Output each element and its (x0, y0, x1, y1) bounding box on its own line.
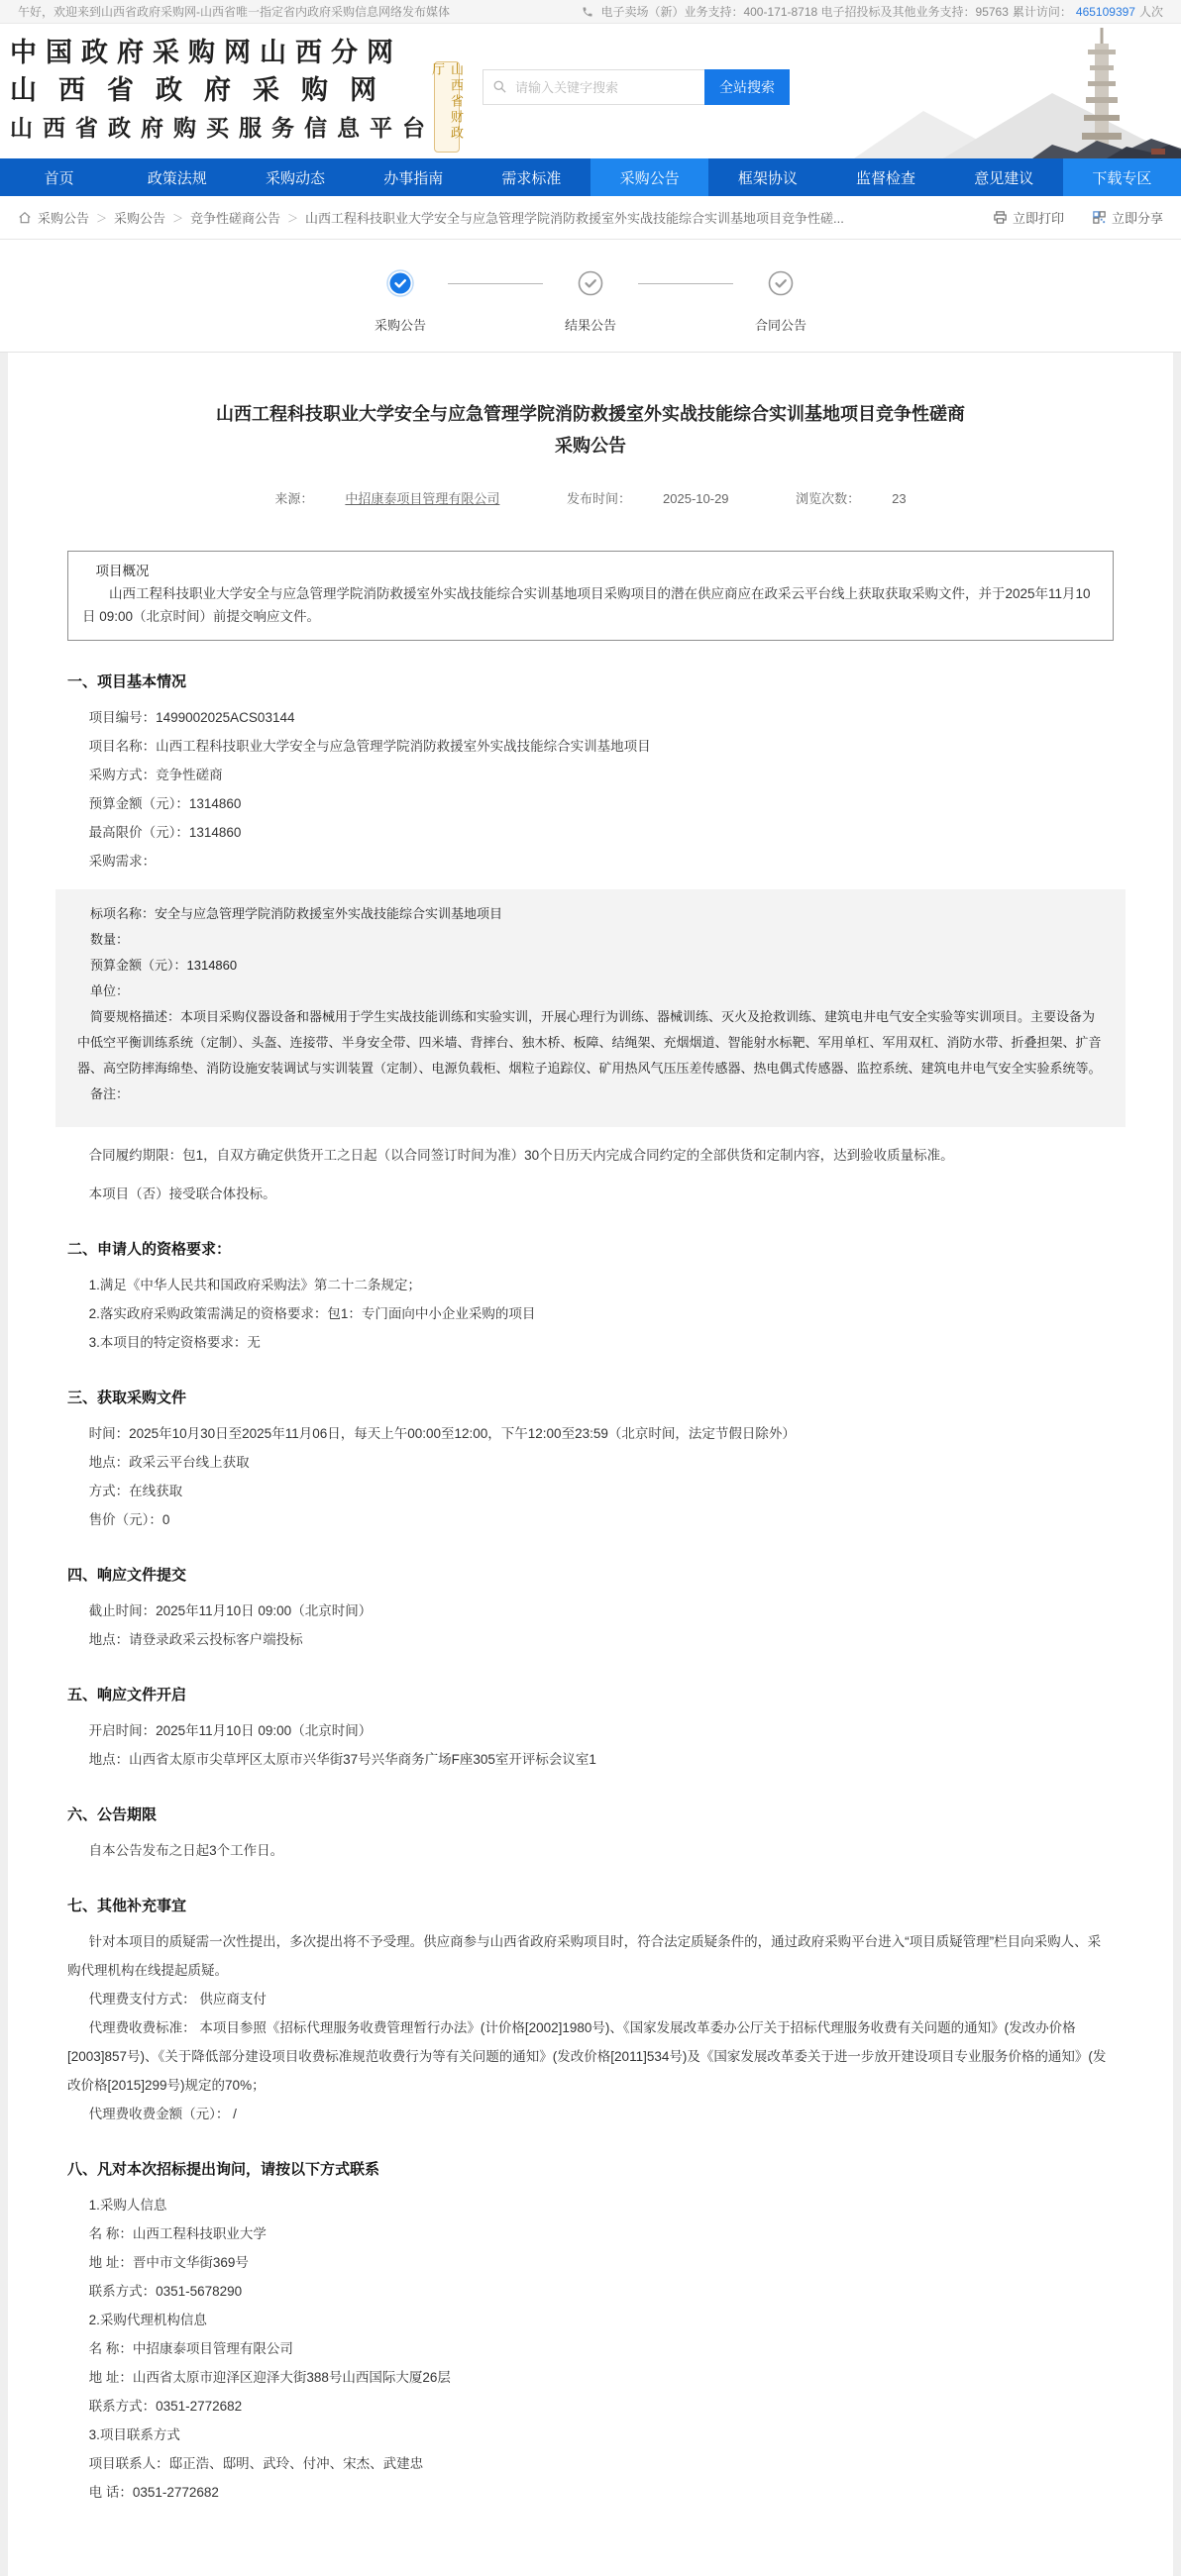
main-nav: 首页 政策法规 采购动态 办事指南 需求标准 采购公告 框架协议 监督检查 意见… (0, 158, 1181, 196)
section-other-matters: 七、其他补充事宜 针对本项目的质疑需一次性提出，多次提出将不予受理。供应商参与山… (67, 1895, 1114, 2128)
site-search: 全站搜索 (483, 69, 790, 105)
section-heading: 六、公告期限 (67, 1803, 1114, 1824)
search-icon (492, 79, 507, 94)
section-heading: 五、响应文件开启 (67, 1684, 1114, 1704)
printer-icon (993, 210, 1008, 225)
step-label: 采购公告 (353, 315, 448, 334)
print-label: 立即打印 (1013, 208, 1064, 227)
section-post-body: 合同履约期限：包1，自双方确定供货开工之日起（以合同签订时间为准）30个日历天内… (67, 1141, 1114, 1208)
text-line: 预算金额（元）：1314860 (67, 789, 1114, 818)
text-line: 本项目（否）接受联合体投标。 (67, 1180, 1114, 1208)
text-line: 1.采购人信息 (67, 2191, 1114, 2219)
text-line: 售价（元）：0 (67, 1505, 1114, 1534)
support-text: 电子卖场（新）业务支持：400-171-8718 电子招投标及其他业务支持：95… (600, 3, 1008, 20)
welcome-text: 午好，欢迎来到山西省政府采购网-山西省唯一指定省内政府采购信息网络发布媒体 (18, 3, 450, 20)
text-line: 简要规格描述：本项目采购仪器设备和器械用于学生实战技能训练和实验实训，开展心理行… (77, 1004, 1104, 1082)
section-body: 时间：2025年10月30日至2025年11月06日，每天上午00:00至12:… (67, 1419, 1114, 1534)
source-link[interactable]: 中招康泰项目管理有限公司 (345, 491, 499, 506)
text-line: 2.采购代理机构信息 (67, 2306, 1114, 2334)
top-info-bar: 午好，欢迎来到山西省政府采购网-山西省唯一指定省内政府采购信息网络发布媒体 电子… (0, 0, 1181, 24)
section-body: 1.采购人信息名 称：山西工程科技职业大学地 址：晋中市文华街369号联系方式：… (67, 2191, 1114, 2507)
section-obtain-documents: 三、获取采购文件 时间：2025年10月30日至2025年11月06日，每天上午… (67, 1387, 1114, 1534)
source-label: 来源： (274, 491, 313, 506)
logo-line-3: 山西省政府购买服务信息平台 (10, 109, 435, 147)
site-header: 中国政府采购网山西分网 山西省政府采购网 山西省政府购买服务信息平台 山西省财政… (0, 24, 1181, 158)
section-body: 1.满足《中华人民共和国政府采购法》第二十二条规定；2.落实政府采购政策需满足的… (67, 1271, 1114, 1357)
breadcrumb-item-current: 山西工程科技职业大学安全与应急管理学院消防救援室外实战技能综合实训基地项目竞争性… (305, 208, 844, 227)
section-response-opening: 五、响应文件开启 开启时间：2025年11月10日 09:00（北京时间）地点：… (67, 1684, 1114, 1774)
section-heading: 二、申请人的资格要求： (67, 1238, 1114, 1259)
text-line: 方式：在线获取 (67, 1477, 1114, 1505)
nav-item-supervision[interactable]: 监督检查 (826, 158, 944, 196)
print-button[interactable]: 立即打印 (993, 208, 1064, 227)
views-count: 23 (892, 491, 906, 506)
step-label: 合同公告 (733, 315, 828, 334)
breadcrumb-separator: ＞ (172, 210, 183, 226)
section-body: 开启时间：2025年11月10日 09:00（北京时间）地点：山西省太原市尖草坪… (67, 1716, 1114, 1774)
section-body: 项目编号：1499002025ACS03144项目名称：山西工程科技职业大学安全… (67, 703, 1114, 876)
lot-detail-box: 标项名称：安全与应急管理学院消防救援室外实战技能综合实训基地项目数量：预算金额（… (55, 889, 1126, 1127)
text-line: 项目编号：1499002025ACS03144 (67, 703, 1114, 732)
section-heading: 一、项目基本情况 (67, 670, 1114, 691)
pagoda-scenery-image (854, 24, 1181, 158)
logo-line-1: 中国政府采购网山西分网 (10, 34, 435, 71)
views-label: 浏览次数： (796, 491, 860, 506)
step-result-notice[interactable]: 结果公告 (543, 269, 638, 334)
logo-line-2: 山西省政府采购网 (10, 71, 435, 109)
site-logo: 中国政府采购网山西分网 山西省政府采购网 山西省政府购买服务信息平台 (10, 34, 435, 147)
breadcrumb: 采购公告 ＞ 采购公告 ＞ 竞争性磋商公告 ＞ 山西工程科技职业大学安全与应急管… (0, 196, 1181, 240)
step-procurement-notice[interactable]: 采购公告 (353, 269, 448, 334)
nav-item-framework[interactable]: 框架协议 (708, 158, 826, 196)
breadcrumb-item-1[interactable]: 采购公告 (38, 208, 89, 227)
nav-item-news[interactable]: 采购动态 (236, 158, 354, 196)
page-title: 山西工程科技职业大学安全与应急管理学院消防救援室外实战技能综合实训基地项目竞争性… (209, 398, 972, 463)
share-qr-icon (1092, 210, 1107, 225)
text-line: 时间：2025年10月30日至2025年11月06日，每天上午00:00至12:… (67, 1419, 1114, 1448)
text-line: 截止时间：2025年11月10日 09:00（北京时间） (67, 1597, 1114, 1625)
text-line: 采购需求： (67, 847, 1114, 876)
published-date: 2025-10-29 (663, 491, 729, 506)
step-check-icon-active (386, 269, 414, 297)
section-applicant-qualifications: 二、申请人的资格要求： 1.满足《中华人民共和国政府采购法》第二十二条规定；2.… (67, 1238, 1114, 1357)
text-line: 联系方式：0351-5678290 (67, 2277, 1114, 2306)
breadcrumb-separator: ＞ (96, 210, 107, 226)
section-body: 针对本项目的质疑需一次性提出，多次提出将不予受理。供应商参与山西省政府采购项目时… (67, 1927, 1114, 2128)
text-line: 地 址：山西省太原市迎泽区迎泽大街388号山西国际大厦26层 (67, 2363, 1114, 2392)
overview-body: 山西工程科技职业大学安全与应急管理学院消防救援室外实战技能综合实训基地项目采购项… (82, 583, 1099, 629)
text-line: 单位： (77, 979, 1104, 1004)
text-line: 开启时间：2025年11月10日 09:00（北京时间） (67, 1716, 1114, 1745)
section-response-submission: 四、响应文件提交 截止时间：2025年11月10日 09:00（北京时间）地点：… (67, 1564, 1114, 1654)
section-basic-info: 一、项目基本情况 项目编号：1499002025ACS03144项目名称：山西工… (67, 670, 1114, 1208)
text-line: 预算金额（元）：1314860 (77, 953, 1104, 979)
visits-label: 累计访问： (1013, 3, 1072, 20)
text-line: 标项名称：安全与应急管理学院消防救援室外实战技能综合实训基地项目 (77, 901, 1104, 927)
step-contract-notice[interactable]: 合同公告 (733, 269, 828, 334)
nav-item-feedback[interactable]: 意见建议 (945, 158, 1063, 196)
text-line: 名 称：中招康泰项目管理有限公司 (67, 2334, 1114, 2363)
text-line: 名 称：山西工程科技职业大学 (67, 2219, 1114, 2248)
search-button[interactable]: 全站搜索 (704, 69, 790, 105)
text-line: 3.项目联系方式 (67, 2421, 1114, 2449)
nav-item-notices[interactable]: 采购公告 (590, 158, 708, 196)
section-heading: 八、凡对本次招标提出询问，请按以下方式联系 (67, 2158, 1114, 2179)
text-line: 1.满足《中华人民共和国政府采购法》第二十二条规定； (67, 1271, 1114, 1299)
step-connector (448, 283, 543, 284)
finance-dept-badge: 山西省财政厅 (434, 61, 460, 153)
project-overview-box: 项目概况 山西工程科技职业大学安全与应急管理学院消防救援室外实战技能综合实训基地… (67, 551, 1114, 641)
breadcrumb-item-2[interactable]: 采购公告 (114, 208, 165, 227)
text-line: 地点：请登录政采云投标客户端投标 (67, 1625, 1114, 1654)
text-line: 最高限价（元）：1314860 (67, 818, 1114, 847)
notice-progress-steps: 采购公告 结果公告 合同公告 (0, 240, 1181, 353)
text-line: 地点：山西省太原市尖草坪区太原市兴华街37号兴华商务广场F座305室开评标会议室… (67, 1745, 1114, 1774)
nav-item-guide[interactable]: 办事指南 (355, 158, 473, 196)
announcement-card: 山西工程科技职业大学安全与应急管理学院消防救援室外实战技能综合实训基地项目竞争性… (8, 353, 1173, 2576)
text-line: 地 址：晋中市文华街369号 (67, 2248, 1114, 2277)
section-heading: 四、响应文件提交 (67, 1564, 1114, 1585)
visits-unit: 人次 (1139, 3, 1163, 20)
phone-icon (582, 6, 593, 18)
step-label: 结果公告 (543, 315, 638, 334)
nav-item-policy[interactable]: 政策法规 (118, 158, 236, 196)
text-line: 3.本项目的特定资格要求：无 (67, 1328, 1114, 1357)
text-line: 备注： (77, 1082, 1104, 1107)
visits-count: 465109397 (1076, 5, 1135, 19)
nav-item-standards[interactable]: 需求标准 (473, 158, 590, 196)
text-line: 电 话：0351-2772682 (67, 2478, 1114, 2507)
section-heading: 七、其他补充事宜 (67, 1895, 1114, 1915)
lot-detail-body: 标项名称：安全与应急管理学院消防救援室外实战技能综合实训基地项目数量：预算金额（… (77, 901, 1104, 1107)
share-button[interactable]: 立即分享 (1092, 208, 1163, 227)
section-body: 截止时间：2025年11月10日 09:00（北京时间）地点：请登录政采云投标客… (67, 1597, 1114, 1654)
text-line: 合同履约期限：包1，自双方确定供货开工之日起（以合同签订时间为准）30个日历天内… (67, 1141, 1114, 1170)
text-line: 山西工程科技职业大学安全与应急管理学院消防救援室外实战技能综合实训基地项目采购项… (82, 583, 1099, 629)
text-line: 联系方式：0351-2772682 (67, 2392, 1114, 2421)
home-icon (18, 211, 32, 225)
overview-heading: 项目概况 (82, 561, 1099, 583)
text-line: 代理费收费金额（元）： / (67, 2100, 1114, 2128)
nav-item-home[interactable]: 首页 (0, 158, 118, 196)
text-line: 2.落实政府采购政策需满足的资格要求：包1：专门面向中小企业采购的项目 (67, 1299, 1114, 1328)
breadcrumb-separator: ＞ (287, 210, 298, 226)
published-label: 发布时间： (567, 491, 631, 506)
nav-item-downloads[interactable]: 下载专区 (1063, 158, 1181, 196)
text-line: 针对本项目的质疑需一次性提出，多次提出将不予受理。供应商参与山西省政府采购项目时… (67, 1927, 1114, 1985)
section-contact-info: 八、凡对本次招标提出询问，请按以下方式联系 1.采购人信息名 称：山西工程科技职… (67, 2158, 1114, 2507)
text-line: 采购方式：竞争性磋商 (67, 761, 1114, 789)
breadcrumb-item-3[interactable]: 竞争性磋商公告 (190, 208, 280, 227)
text-line: 代理费支付方式： 供应商支付 (67, 1985, 1114, 2013)
text-line: 地点：政采云平台线上获取 (67, 1448, 1114, 1477)
section-heading: 三、获取采购文件 (67, 1387, 1114, 1407)
text-line: 项目名称：山西工程科技职业大学安全与应急管理学院消防救援室外实战技能综合实训基地… (67, 732, 1114, 761)
share-label: 立即分享 (1112, 208, 1163, 227)
text-line: 代理费收费标准： 本项目参照《招标代理服务收费管理暂行办法》(计价格[2002]… (67, 2013, 1114, 2100)
section-announcement-period: 六、公告期限 自本公告发布之日起3个工作日。 (67, 1803, 1114, 1865)
step-check-icon (577, 269, 604, 297)
text-line: 项目联系人：邸正浩、邸明、武玲、付冲、宋杰、武建忠 (67, 2449, 1114, 2478)
text-line: 数量： (77, 927, 1104, 953)
text-line: 自本公告发布之日起3个工作日。 (67, 1836, 1114, 1865)
article-meta: 来源：中招康泰项目管理有限公司 发布时间：2025-10-29 浏览次数：23 (67, 488, 1114, 507)
section-body: 自本公告发布之日起3个工作日。 (67, 1836, 1114, 1865)
search-input[interactable] (483, 69, 704, 105)
step-check-icon (767, 269, 795, 297)
step-connector (638, 283, 733, 284)
